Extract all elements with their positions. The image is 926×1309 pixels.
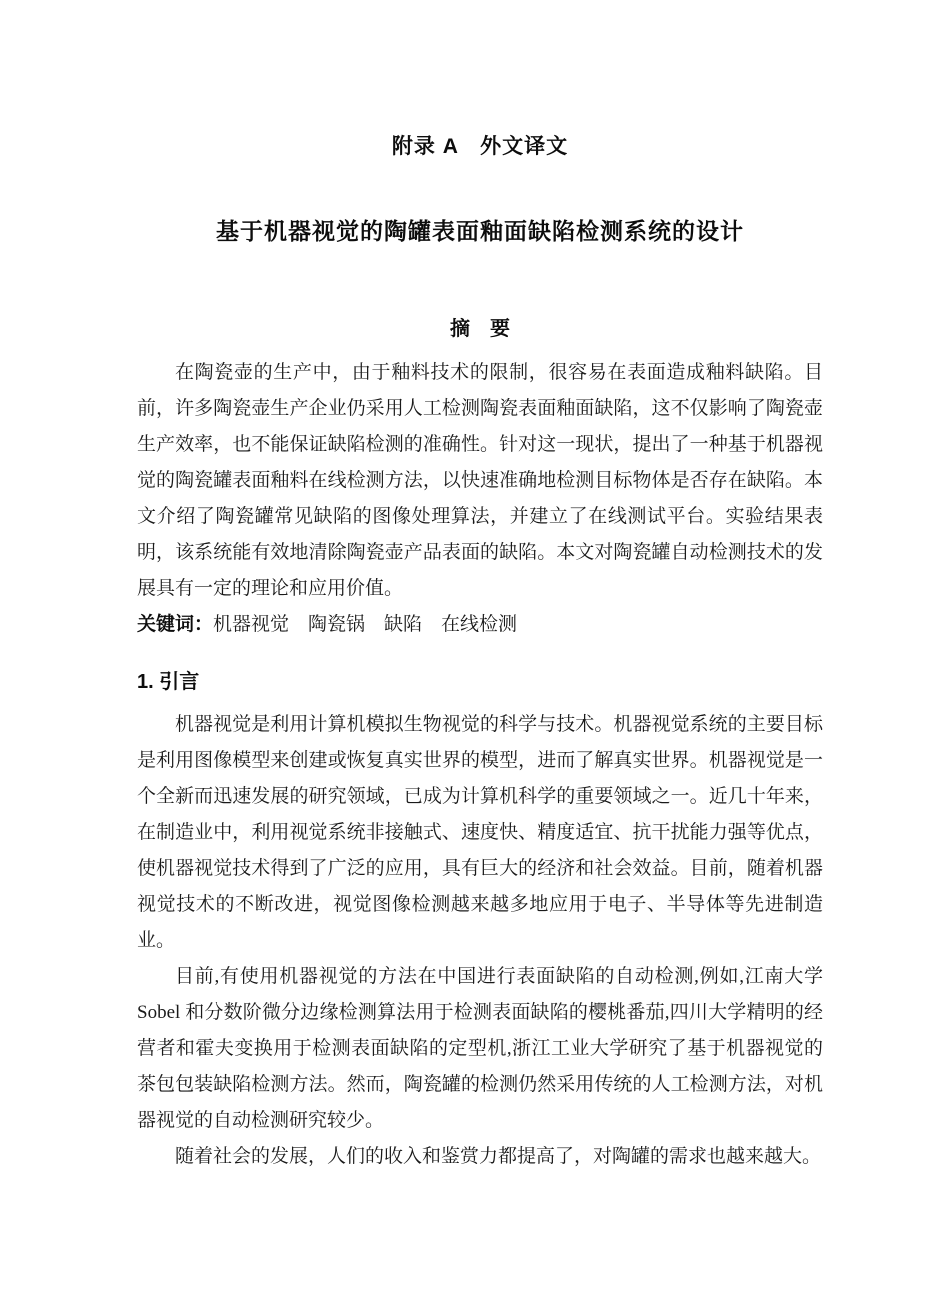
section-1-heading: 1. 引言	[137, 669, 823, 695]
abstract-heading: 摘 要	[137, 316, 823, 342]
document-page: 附录 A 外文译文 基于机器视觉的陶罐表面釉面缺陷检测系统的设计 摘 要 在陶瓷…	[0, 0, 926, 1309]
abstract-paragraph: 在陶瓷壶的生产中，由于釉料技术的限制，很容易在表面造成釉料缺陷。目前，许多陶瓷壶…	[137, 355, 823, 607]
keywords-value: 机器视觉 陶瓷锅 缺陷 在线检测	[213, 614, 517, 635]
appendix-title: 附录 A 外文译文	[137, 134, 823, 160]
section-1-paragraph-3: 随着社会的发展，人们的收入和鉴赏力都提高了，对陶罐的需求也越来越大。	[137, 1139, 823, 1175]
document-content: 附录 A 外文译文 基于机器视觉的陶罐表面釉面缺陷检测系统的设计 摘 要 在陶瓷…	[137, 0, 823, 1175]
section-1-paragraph-2: 目前,有使用机器视觉的方法在中国进行表面缺陷的自动检测,例如,江南大学 Sobe…	[137, 959, 823, 1139]
keywords-label: 关键词：	[137, 614, 213, 635]
keywords-line: 关键词：机器视觉 陶瓷锅 缺陷 在线检测	[137, 607, 823, 643]
section-1-paragraph-1: 机器视觉是利用计算机模拟生物视觉的科学与技术。机器视觉系统的主要目标是利用图像模…	[137, 707, 823, 959]
paper-title: 基于机器视觉的陶罐表面釉面缺陷检测系统的设计	[137, 216, 823, 246]
